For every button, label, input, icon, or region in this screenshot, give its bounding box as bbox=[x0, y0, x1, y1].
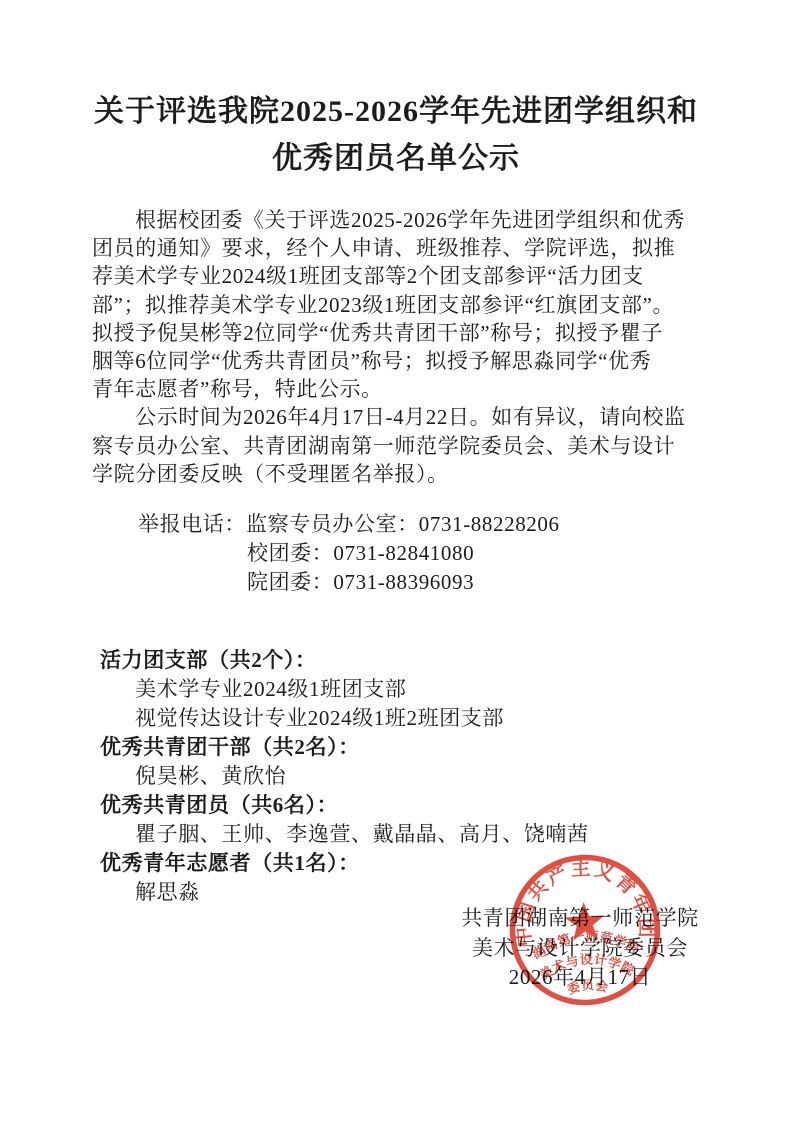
phone-line-supervision-office: 举报电话：监察专员办公室：0731-88228206 bbox=[138, 510, 560, 539]
page-title: 关于评选我院2025-2026学年先进团学组织和 优秀团员名单公示 bbox=[0, 88, 792, 182]
roster-item: 倪昊彬、黄欣怡 bbox=[135, 762, 589, 791]
notice-body: 根据校团委《关于评选2025-2026学年先进团学组织和优秀 团员的通知》要求，… bbox=[92, 206, 692, 488]
title-line: 关于评选我院2025-2026学年先进团学组织和 bbox=[0, 88, 792, 135]
paragraph-line: 团员的通知》要求，经个人申请、班级推荐、学院评选，拟推 bbox=[92, 234, 692, 262]
title-line: 优秀团员名单公示 bbox=[0, 135, 792, 182]
seal-inner-text-3: 委员会 bbox=[565, 977, 611, 997]
paragraph-line: 学院分团委反映（不受理匿名举报）。 bbox=[92, 460, 692, 488]
roster-item: 瞿子胭、王帅、李逸萱、戴晶晶、高月、饶喃茜 bbox=[135, 820, 589, 849]
svg-text:委员会: 委员会 bbox=[565, 977, 611, 997]
roster-item: 视觉传达设计专业2024级1班2班团支部 bbox=[135, 704, 589, 733]
paragraph-line: 部”；拟推荐美术学专业2023级1班团支部参评“红旗团支部”。 bbox=[92, 291, 692, 319]
paragraph-line: 根据校团委《关于评选2025-2026学年先进团学组织和优秀 bbox=[92, 206, 692, 234]
roster-heading-outstanding-members: 优秀共青团员（共6名）： bbox=[100, 791, 589, 820]
paragraph-line: 公示时间为2026年4月17日-4月22日。如有异议，请向校监 bbox=[92, 403, 692, 431]
roster-heading-vital-branch: 活力团支部（共2个）： bbox=[100, 646, 589, 675]
roster-heading-outstanding-cadres: 优秀共青团干部（共2名）： bbox=[100, 733, 589, 762]
paragraph-line: 拟授予倪昊彬等2位同学“优秀共青团干部”称号；拟授予瞿子 bbox=[92, 319, 692, 347]
paragraph-line: 荐美术学专业2024级1班团支部等2个团支部参评“活力团支 bbox=[92, 262, 692, 290]
paragraph-line: 察专员办公室、共青团湖南第一师范学院委员会、美术与设计 bbox=[92, 432, 692, 460]
report-phone-block: 举报电话：监察专员办公室：0731-88228206 校团委：0731-8284… bbox=[138, 510, 560, 598]
phone-line-college-league-committee: 院团委：0731-88396093 bbox=[247, 568, 560, 597]
paragraph-line: 胭等6位同学“优秀共青团员”称号；拟授予解思淼同学“优秀 bbox=[92, 347, 692, 375]
phone-line-school-league-committee: 校团委：0731-82841080 bbox=[247, 539, 560, 568]
paragraph-line: 青年志愿者”称号，特此公示。 bbox=[92, 375, 692, 403]
roster-item: 美术学专业2024级1班团支部 bbox=[135, 675, 589, 704]
official-red-seal: 中国共产主义青年团 湖南第一师范学院 美术与设计学院 委员会 bbox=[501, 846, 669, 1014]
notice-document-page: 关于评选我院2025-2026学年先进团学组织和 优秀团员名单公示 根据校团委《… bbox=[0, 0, 792, 1123]
